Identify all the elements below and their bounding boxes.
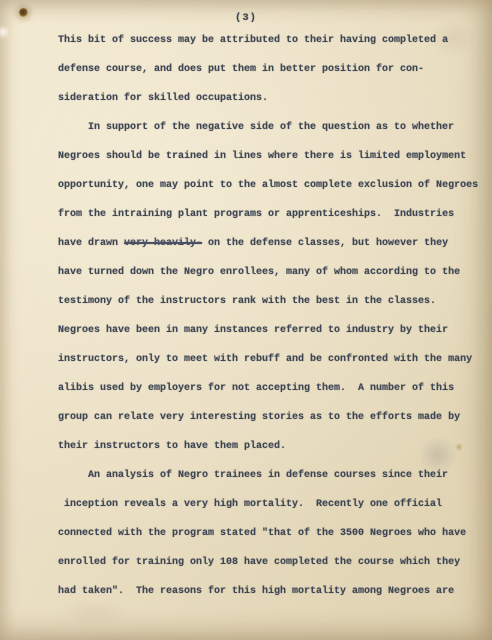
typed-text: Negroes should be trained in lines where…	[58, 151, 466, 162]
typed-line: from the intraining plant programs or ap…	[58, 200, 478, 229]
typed-text: enrolled for training only 108 have comp…	[58, 557, 460, 568]
typed-text-block: This bit of success may be attributed to…	[58, 26, 478, 606]
typed-line: Negroes have been in many instances refe…	[58, 316, 478, 345]
typed-line: group can relate very interesting storie…	[58, 403, 478, 432]
typed-text: sideration for skilled occupations.	[58, 93, 268, 104]
typed-text: alibis used by employers for not accepti…	[58, 383, 454, 394]
typed-text: Negroes have been in many instances refe…	[58, 325, 448, 336]
typed-line: have turned down the Negro enrollees, ma…	[58, 258, 478, 287]
strikethrough-text: very heavily-	[124, 238, 202, 249]
typed-text: This bit of success may be attributed to…	[58, 35, 448, 46]
typed-line: instructors, only to meet with rebuff an…	[58, 345, 478, 374]
typed-line: have drawn very heavily- on the defense …	[58, 229, 478, 258]
typed-line: alibis used by employers for not accepti…	[58, 374, 478, 403]
typed-text: inception reveals a very high mortality.…	[58, 499, 442, 510]
typed-text: An analysis of Negro trainees in defense…	[88, 470, 448, 481]
typed-text: have turned down the Negro enrollees, ma…	[58, 267, 460, 278]
typed-line: Negroes should be trained in lines where…	[58, 142, 478, 171]
typed-line: sideration for skilled occupations.	[58, 84, 478, 113]
typed-line: testimony of the instructors rank with t…	[58, 287, 478, 316]
typed-text: had taken". The reasons for this high mo…	[58, 586, 454, 597]
typed-line: An analysis of Negro trainees in defense…	[58, 461, 478, 490]
document-page: (3) This bit of success may be attribute…	[0, 0, 492, 640]
typed-line: enrolled for training only 108 have comp…	[58, 548, 478, 577]
typed-line: This bit of success may be attributed to…	[58, 26, 478, 55]
typed-line: their instructors to have them placed.	[58, 432, 478, 461]
page-number: (3)	[0, 12, 492, 24]
typed-text: In support of the negative side of the q…	[88, 122, 454, 133]
typed-text: testimony of the instructors rank with t…	[58, 296, 436, 307]
typed-text: on the defense classes, but however they	[202, 238, 448, 249]
typed-text: defense course, and does put them in bet…	[58, 64, 424, 75]
typed-line: connected with the program stated "that …	[58, 519, 478, 548]
typed-text: instructors, only to meet with rebuff an…	[58, 354, 472, 365]
typed-line: inception reveals a very high mortality.…	[58, 490, 478, 519]
typed-text: group can relate very interesting storie…	[58, 412, 460, 423]
typed-line: had taken". The reasons for this high mo…	[58, 577, 478, 606]
typed-text: from the intraining plant programs or ap…	[58, 209, 454, 220]
typed-text: their instructors to have them placed.	[58, 441, 286, 452]
typed-text: connected with the program stated "that …	[58, 528, 466, 539]
typed-text: have drawn	[58, 238, 124, 249]
typed-text: opportunity, one may point to the almost…	[58, 180, 478, 191]
typed-line: In support of the negative side of the q…	[58, 113, 478, 142]
typed-line: opportunity, one may point to the almost…	[58, 171, 478, 200]
edge-chip	[0, 24, 9, 40]
typed-line: defense course, and does put them in bet…	[58, 55, 478, 84]
